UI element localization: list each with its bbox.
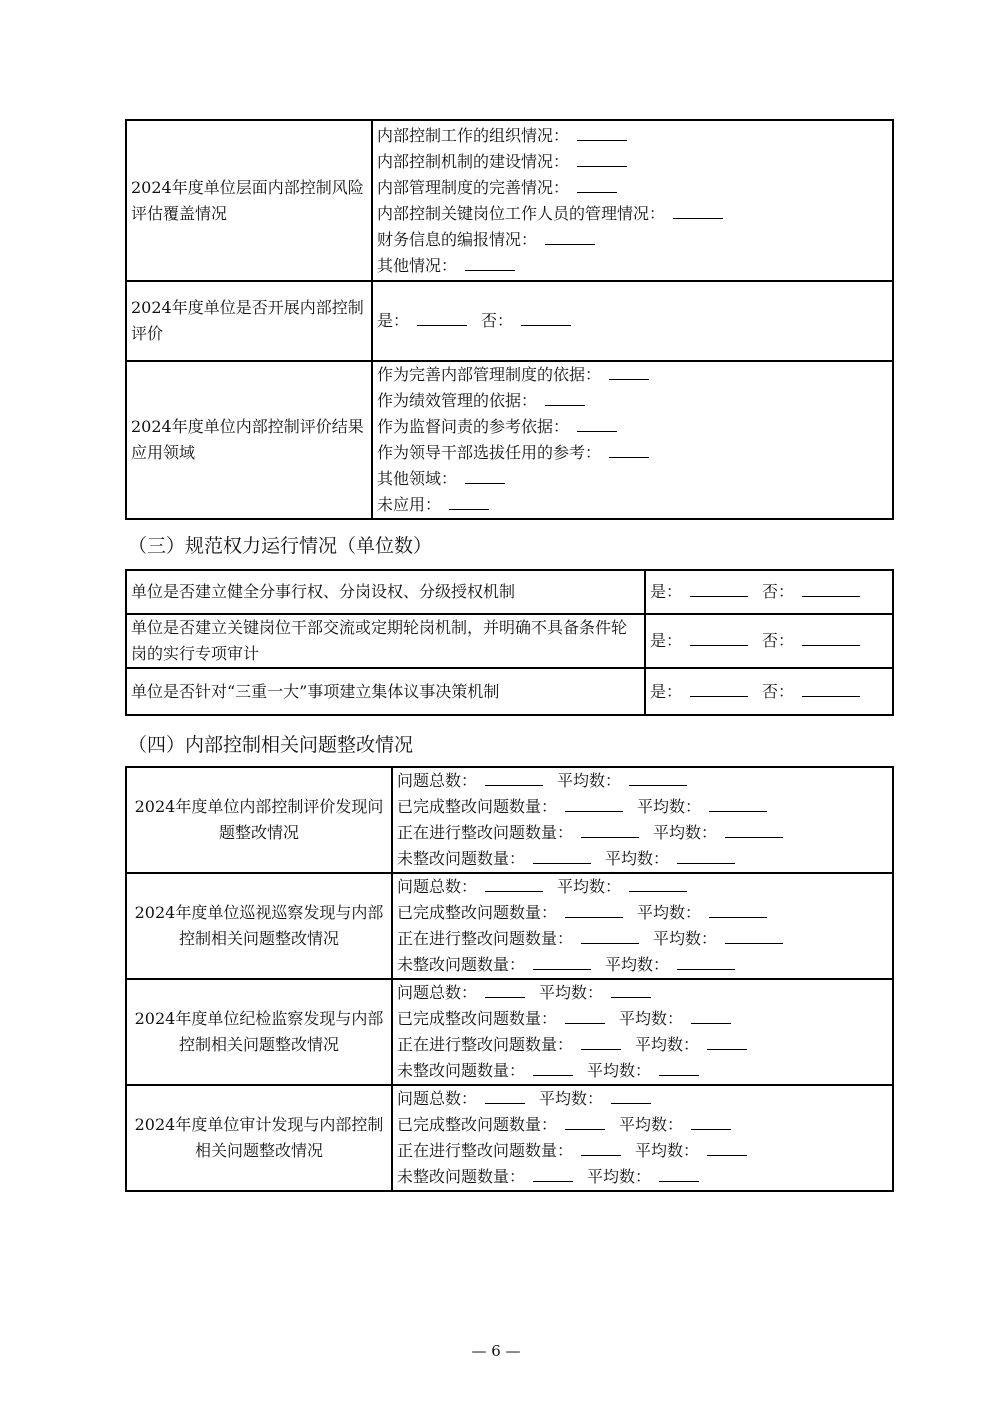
- row-label: 2024年度单位内部控制评价结果应用领域: [126, 361, 372, 519]
- yes-label: 是：: [650, 582, 682, 601]
- avg-label: 平均数：: [557, 771, 621, 790]
- item-label: 内部控制机制的建设情况：: [377, 152, 569, 171]
- avg-blank[interactable]: [659, 1059, 699, 1076]
- row-label: 2024年度单位内部控制评价发现问题整改情况: [126, 767, 392, 873]
- row-label: 2024年度单位是否开展内部控制评价: [126, 281, 372, 361]
- avg-blank[interactable]: [709, 901, 767, 918]
- risk-assessment-table: 2024年度单位层面内部控制风险评估覆盖情况 内部控制工作的组织情况： 内部控制…: [125, 119, 894, 520]
- table-row: 2024年度单位是否开展内部控制评价 是：否：: [126, 281, 893, 361]
- table-row: 单位是否建立健全分事行权、分岗设权、分级授权机制 是：否：: [126, 570, 893, 614]
- avg-blank[interactable]: [629, 875, 687, 892]
- item-label: 正在进行整改问题数量：: [397, 929, 573, 948]
- section-title-rectification: （四）内部控制相关问题整改情况: [128, 730, 413, 757]
- avg-blank[interactable]: [707, 1139, 747, 1156]
- avg-label: 平均数：: [619, 1009, 683, 1028]
- item-label: 正在进行整改问题数量：: [397, 1035, 573, 1054]
- fill-blank[interactable]: [577, 150, 627, 167]
- item-label: 内部控制工作的组织情况：: [377, 126, 569, 145]
- item-label: 未应用：: [377, 495, 441, 514]
- item-label: 作为完善内部管理制度的依据：: [377, 365, 601, 384]
- item-label: 未整改问题数量：: [397, 955, 525, 974]
- avg-label: 平均数：: [653, 929, 717, 948]
- row-content: 问题总数：平均数： 已完成整改问题数量：平均数： 正在进行整改问题数量：平均数：…: [392, 979, 893, 1085]
- count-blank[interactable]: [581, 927, 639, 944]
- avg-blank[interactable]: [629, 769, 687, 786]
- item-label: 已完成整改问题数量：: [397, 797, 557, 816]
- rectification-table: 2024年度单位内部控制评价发现问题整改情况 问题总数：平均数： 已完成整改问题…: [125, 766, 894, 1192]
- avg-label: 平均数：: [635, 1141, 699, 1160]
- item-label: 其他情况：: [377, 256, 457, 275]
- avg-blank[interactable]: [725, 927, 783, 944]
- fill-blank[interactable]: [577, 415, 617, 432]
- fill-blank[interactable]: [577, 176, 617, 193]
- count-blank[interactable]: [485, 769, 543, 786]
- fill-blank[interactable]: [545, 389, 585, 406]
- avg-label: 平均数：: [637, 903, 701, 922]
- count-blank[interactable]: [533, 1059, 573, 1076]
- avg-label: 平均数：: [539, 1089, 603, 1108]
- table-row: 2024年度单位巡视巡察发现与内部控制相关问题整改情况 问题总数：平均数： 已完…: [126, 873, 893, 979]
- avg-blank[interactable]: [709, 795, 767, 812]
- item-label: 问题总数：: [397, 1089, 477, 1108]
- item-label: 已完成整改问题数量：: [397, 903, 557, 922]
- fill-blank[interactable]: [609, 441, 649, 458]
- item-label: 其他领域：: [377, 469, 457, 488]
- count-blank[interactable]: [485, 875, 543, 892]
- table-row: 2024年度单位层面内部控制风险评估覆盖情况 内部控制工作的组织情况： 内部控制…: [126, 120, 893, 281]
- row-label: 2024年度单位纪检监察发现与内部控制相关问题整改情况: [126, 979, 392, 1085]
- item-label: 问题总数：: [397, 877, 477, 896]
- avg-label: 平均数：: [605, 955, 669, 974]
- section-title-power: （三）规范权力运行情况（单位数）: [128, 531, 432, 558]
- item-label: 问题总数：: [397, 983, 477, 1002]
- count-blank[interactable]: [533, 847, 591, 864]
- fill-blank[interactable]: [577, 124, 627, 141]
- count-blank[interactable]: [485, 981, 525, 998]
- item-label: 作为领导干部选拔任用的参考：: [377, 443, 601, 462]
- item-label: 已完成整改问题数量：: [397, 1115, 557, 1134]
- no-label: 否：: [481, 311, 513, 330]
- item-label: 作为监督问责的参考依据：: [377, 417, 569, 436]
- row-content: 问题总数：平均数： 已完成整改问题数量：平均数： 正在进行整改问题数量：平均数：…: [392, 767, 893, 873]
- count-blank[interactable]: [565, 1007, 605, 1024]
- row-label: 单位是否针对“三重一大”事项建立集体议事决策机制: [126, 668, 645, 715]
- yes-blank[interactable]: [417, 309, 467, 326]
- no-label: 否：: [762, 682, 794, 701]
- row-label: 单位是否建立关键岗位干部交流或定期轮岗机制，并明确不具备条件轮岗的实行专项审计: [126, 614, 645, 668]
- item-label: 未整改问题数量：: [397, 1167, 525, 1186]
- item-label: 作为绩效管理的依据：: [377, 391, 537, 410]
- count-blank[interactable]: [533, 1165, 573, 1182]
- fill-blank[interactable]: [465, 467, 505, 484]
- item-label: 内部控制关键岗位工作人员的管理情况：: [377, 204, 665, 223]
- avg-label: 平均数：: [587, 1167, 651, 1186]
- row-label: 2024年度单位巡视巡察发现与内部控制相关问题整改情况: [126, 873, 392, 979]
- fill-blank[interactable]: [465, 254, 515, 271]
- item-label: 正在进行整改问题数量：: [397, 823, 573, 842]
- row-content: 是：否：: [372, 281, 893, 361]
- row-content: 作为完善内部管理制度的依据： 作为绩效管理的依据： 作为监督问责的参考依据： 作…: [372, 361, 893, 519]
- row-label: 单位是否建立健全分事行权、分岗设权、分级授权机制: [126, 570, 645, 614]
- document-page: 2024年度单位层面内部控制风险评估覆盖情况 内部控制工作的组织情况： 内部控制…: [0, 0, 992, 1403]
- avg-blank[interactable]: [677, 953, 735, 970]
- count-blank[interactable]: [485, 1087, 525, 1104]
- no-blank[interactable]: [521, 309, 571, 326]
- row-content: 是：否：: [645, 668, 893, 715]
- yes-blank[interactable]: [690, 680, 748, 697]
- avg-blank[interactable]: [691, 1007, 731, 1024]
- item-label: 已完成整改问题数量：: [397, 1009, 557, 1028]
- avg-label: 平均数：: [635, 1035, 699, 1054]
- item-label: 财务信息的编报情况：: [377, 230, 537, 249]
- item-label: 未整改问题数量：: [397, 1061, 525, 1080]
- no-label: 否：: [762, 582, 794, 601]
- yes-label: 是：: [377, 311, 409, 330]
- avg-label: 平均数：: [619, 1115, 683, 1134]
- fill-blank[interactable]: [609, 363, 649, 380]
- avg-blank[interactable]: [611, 1087, 651, 1104]
- no-label: 否：: [762, 631, 794, 650]
- avg-label: 平均数：: [637, 797, 701, 816]
- fill-blank[interactable]: [673, 202, 723, 219]
- yes-blank[interactable]: [690, 629, 748, 646]
- table-row: 2024年度单位内部控制评价结果应用领域 作为完善内部管理制度的依据： 作为绩效…: [126, 361, 893, 519]
- table-row: 单位是否针对“三重一大”事项建立集体议事决策机制 是：否：: [126, 668, 893, 715]
- table-row: 2024年度单位内部控制评价发现问题整改情况 问题总数：平均数： 已完成整改问题…: [126, 767, 893, 873]
- table-row: 2024年度单位审计发现与内部控制相关问题整改情况 问题总数：平均数： 已完成整…: [126, 1085, 893, 1191]
- no-blank[interactable]: [802, 680, 860, 697]
- count-blank[interactable]: [565, 795, 623, 812]
- count-blank[interactable]: [565, 1113, 605, 1130]
- avg-blank[interactable]: [611, 981, 651, 998]
- count-blank[interactable]: [581, 1139, 621, 1156]
- avg-label: 平均数：: [539, 983, 603, 1002]
- item-label: 内部管理制度的完善情况：: [377, 178, 569, 197]
- avg-label: 平均数：: [653, 823, 717, 842]
- page-number: — 6 —: [0, 1342, 992, 1360]
- row-content: 是：否：: [645, 570, 893, 614]
- yes-label: 是：: [650, 631, 682, 650]
- row-content: 问题总数：平均数： 已完成整改问题数量：平均数： 正在进行整改问题数量：平均数：…: [392, 1085, 893, 1191]
- avg-label: 平均数：: [605, 849, 669, 868]
- fill-blank[interactable]: [449, 493, 489, 510]
- fill-blank[interactable]: [545, 228, 595, 245]
- avg-label: 平均数：: [587, 1061, 651, 1080]
- avg-blank[interactable]: [659, 1165, 699, 1182]
- row-label: 2024年度单位层面内部控制风险评估覆盖情况: [126, 120, 372, 281]
- avg-blank[interactable]: [691, 1113, 731, 1130]
- row-label: 2024年度单位审计发现与内部控制相关问题整改情况: [126, 1085, 392, 1191]
- table-row: 单位是否建立关键岗位干部交流或定期轮岗机制，并明确不具备条件轮岗的实行专项审计 …: [126, 614, 893, 668]
- count-blank[interactable]: [565, 901, 623, 918]
- avg-label: 平均数：: [557, 877, 621, 896]
- row-content: 内部控制工作的组织情况： 内部控制机制的建设情况： 内部管理制度的完善情况： 内…: [372, 120, 893, 281]
- item-label: 问题总数：: [397, 771, 477, 790]
- item-label: 正在进行整改问题数量：: [397, 1141, 573, 1160]
- row-content: 问题总数：平均数： 已完成整改问题数量：平均数： 正在进行整改问题数量：平均数：…: [392, 873, 893, 979]
- no-blank[interactable]: [802, 629, 860, 646]
- avg-blank[interactable]: [707, 1033, 747, 1050]
- count-blank[interactable]: [581, 821, 639, 838]
- yes-label: 是：: [650, 682, 682, 701]
- avg-blank[interactable]: [677, 847, 735, 864]
- avg-blank[interactable]: [725, 821, 783, 838]
- yes-blank[interactable]: [690, 580, 748, 597]
- row-content: 是：否：: [645, 614, 893, 668]
- count-blank[interactable]: [581, 1033, 621, 1050]
- count-blank[interactable]: [533, 953, 591, 970]
- table-row: 2024年度单位纪检监察发现与内部控制相关问题整改情况 问题总数：平均数： 已完…: [126, 979, 893, 1085]
- item-label: 未整改问题数量：: [397, 849, 525, 868]
- power-operation-table: 单位是否建立健全分事行权、分岗设权、分级授权机制 是：否： 单位是否建立关键岗位…: [125, 569, 894, 716]
- no-blank[interactable]: [802, 580, 860, 597]
